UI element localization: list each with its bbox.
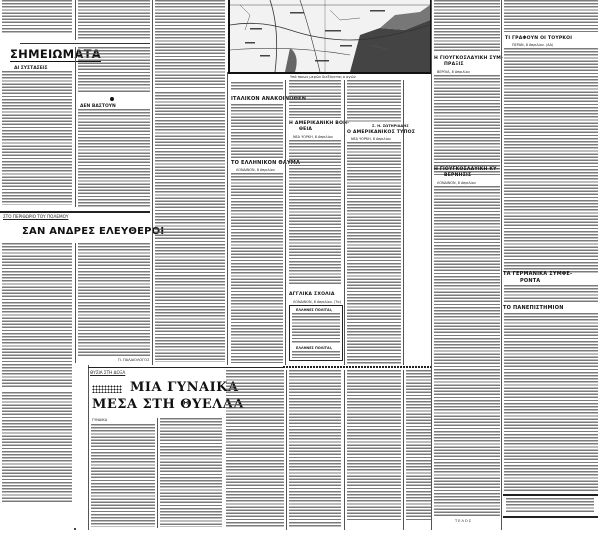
article-body-tourkoi: text: [504, 48, 598, 273]
column-rule: [75, 243, 76, 363]
section-divider: [0, 211, 150, 213]
column-rule: [431, 0, 432, 530]
headline-sxolia: ΑΓΓΛΙΚΑ ΣΧΟΛΙΑ: [289, 292, 335, 297]
byline: ΓΥΝΑΙΚΑ: [92, 418, 107, 422]
section-divider: [503, 516, 598, 518]
article-body-sympr: text: [434, 75, 500, 175]
byline-text: ΓΥΝΑΙΚΑ: [92, 418, 107, 422]
article-body-voitheia: text: [289, 140, 341, 285]
notice-body-2: text: [292, 351, 340, 358]
column-rule: [501, 0, 502, 530]
dateline-typos: ΝΕΑ ΥΟΡΚΗ, 8 Απριλίου: [351, 137, 391, 141]
page-number-mark: [74, 528, 76, 530]
kicker-gynaika: ΘΥΣΙΑ ΣΤΗ ΔΟΞΑ: [90, 370, 125, 375]
article-body-col5-top: text: [347, 80, 401, 122]
notice-heading-2: ΕΛΛΗΝΕΣ ΠΟΛΙΤΑΙ,: [296, 346, 332, 350]
article-body-col4-top: text: [289, 80, 341, 118]
article-body-italikon: text: [231, 104, 283, 159]
headline-gynaika-line2: ΜΕΣΑ ΣΤΗ ΘΥΕΛΛΑ: [92, 397, 244, 412]
map-caption: Υπό ποιων μερών διεξάγεται ο αγών: [290, 75, 356, 79]
headline-voitheia-1: Η ΑΜΕΡΙΚΑΝΙΚΗ ΒΟΗ-: [289, 121, 349, 126]
article-body-col2-b: text: [155, 92, 225, 362]
article-body-andres-2: text: [2, 392, 72, 502]
signature-paleologos: Π. ΠΑΛΑΙΟΛΟΓΟΣ: [118, 358, 149, 362]
column-rule: [403, 370, 404, 530]
article-body-andres-cont: text: [78, 243, 150, 356]
section-divider: [88, 367, 283, 368]
column-rule: [286, 370, 287, 530]
article-body-simeiomata-2: text: [78, 109, 150, 207]
map-graphic: [230, 0, 430, 72]
headline-kyvernisis-1: Η ΓΙΟΥΓΚΟΣΛΑΥΙΚΗ ΚΥ-: [434, 167, 499, 172]
section-divider: [503, 494, 598, 496]
decorative-dots: [92, 385, 122, 393]
kicker-andres: ΣΤΟ ΠΕΡΙΘΩΡΙΟ ΤΟΥ ΠΟΛΕΜΟΥ: [3, 214, 68, 219]
article-body-lower-4: text: [406, 370, 432, 520]
war-map: [228, 0, 432, 74]
headline-tourkoi: ΤΙ ΓΡΑΦΟΥΝ ΟΙ ΤΟΥΡΚΟΙ: [505, 36, 572, 41]
notice-body-1: text: [292, 313, 340, 343]
headline-typos: Ο ΑΜΕΡΙΚΑΝΙΚΟΣ ΤΥΠΟΣ: [347, 130, 415, 135]
headline-kyvernisis-2: ΒΕΡΝΗΣΙΣ: [444, 173, 471, 178]
dateline-thayma: ΛΟΝΔΙΝΟΝ, 8 Απριλίου: [236, 168, 275, 172]
column-rule: [157, 418, 158, 528]
column-rule: [403, 80, 404, 365]
column-rule: [88, 365, 89, 530]
article-body-fragment: text: [78, 0, 150, 40]
headline-germanika-1: ΤΑ ΓΕΡΜΑΝΙΚΑ ΣΥΜΦΕ-: [503, 271, 572, 277]
dateline-sxolia: ΛΟΝΔΙΝΟΝ, 8 Απριλίου. (Τα): [293, 300, 341, 304]
column-rule: [344, 80, 345, 365]
headline-andres: ΣΑΝ ΑΝΔΡΕΣ ΕΛΕΥΘΕΡΟΙ: [22, 226, 164, 237]
section-divider: [20, 43, 150, 44]
column-rule: [152, 0, 153, 365]
classified-note: text: [506, 498, 594, 512]
dateline-tourkoi: ΠΕΡΑΝ, 8 Απριλίου. (ΑΑ): [512, 43, 553, 47]
article-body-right-1: text: [434, 0, 500, 52]
headline-sympr-2: ΠΡΑΞΙΣ: [444, 62, 464, 67]
article-body-col3-top: text: [231, 82, 283, 90]
article-body-panepistimion: text: [504, 313, 598, 493]
section-divider-dashed: [283, 366, 433, 368]
headline-sympr-1: Η ΓΙΟΥΓΚΟΣΛΑΥΙΚΗ ΣΥΜ-: [434, 56, 503, 61]
headline-germanika-2: ΡΟΝΤΑ: [520, 278, 540, 284]
column-rule: [227, 72, 228, 365]
article-body-thayma: text: [231, 173, 283, 363]
dateline-sympr: ΒΕΡΟΙΑ, 8 Απριλίου: [437, 70, 470, 74]
article-body-gynaika-2: text: [160, 418, 222, 527]
column-rule: [75, 47, 76, 207]
column-rule: [75, 0, 76, 40]
headline-voitheia-2: ΘΕΙΑ: [299, 127, 312, 132]
column-rule: [344, 370, 345, 530]
article-body-right-2: text: [504, 0, 598, 32]
article-body-lower-3: text: [347, 370, 401, 520]
notice-box: ΕΛΛΗΝΕΣ ΠΟΛΙΤΑΙ, text ΕΛΛΗΝΕΣ ΠΟΛΙΤΑΙ, t…: [289, 305, 343, 361]
article-body-kyvernisis: text: [434, 186, 500, 516]
end-mark: ΤΕΛΟΣ: [455, 519, 472, 523]
article-body-col2: text: [155, 0, 225, 90]
article-body-simeiomata-cont: text: [78, 47, 150, 92]
article-body-lower-1: text: [226, 370, 284, 528]
article-body-simeiomata: text: [2, 71, 72, 205]
notice-heading-1: ΕΛΛΗΝΕΣ ΠΟΛΙΤΑΙ,: [296, 308, 332, 312]
article-body-fragment: text: [2, 0, 72, 34]
article-body-gynaika: text: [91, 424, 155, 527]
article-body-germanika: text: [504, 285, 598, 303]
headline-panepistimion: ΤΟ ΠΑΝΕΠΙΣΤΗΜΙΟΝ: [503, 305, 564, 311]
article-body-andres: text: [2, 243, 72, 388]
article-body-typos: text: [347, 142, 401, 365]
bullet-separator: [110, 97, 114, 101]
dateline-voitheia: ΝΕΑ ΥΟΡΚΗ, 8 Απριλίου: [293, 135, 333, 139]
dateline-kyvernisis: ΛΟΝΔΙΝΟΝ, 8 Απριλίου: [437, 181, 476, 185]
column-rule: [285, 80, 286, 365]
headline-gynaika-line1: ΜΙΑ ΓΥΝΑΙΚΑ: [130, 380, 239, 395]
article-body-lower-2: text: [289, 370, 341, 528]
